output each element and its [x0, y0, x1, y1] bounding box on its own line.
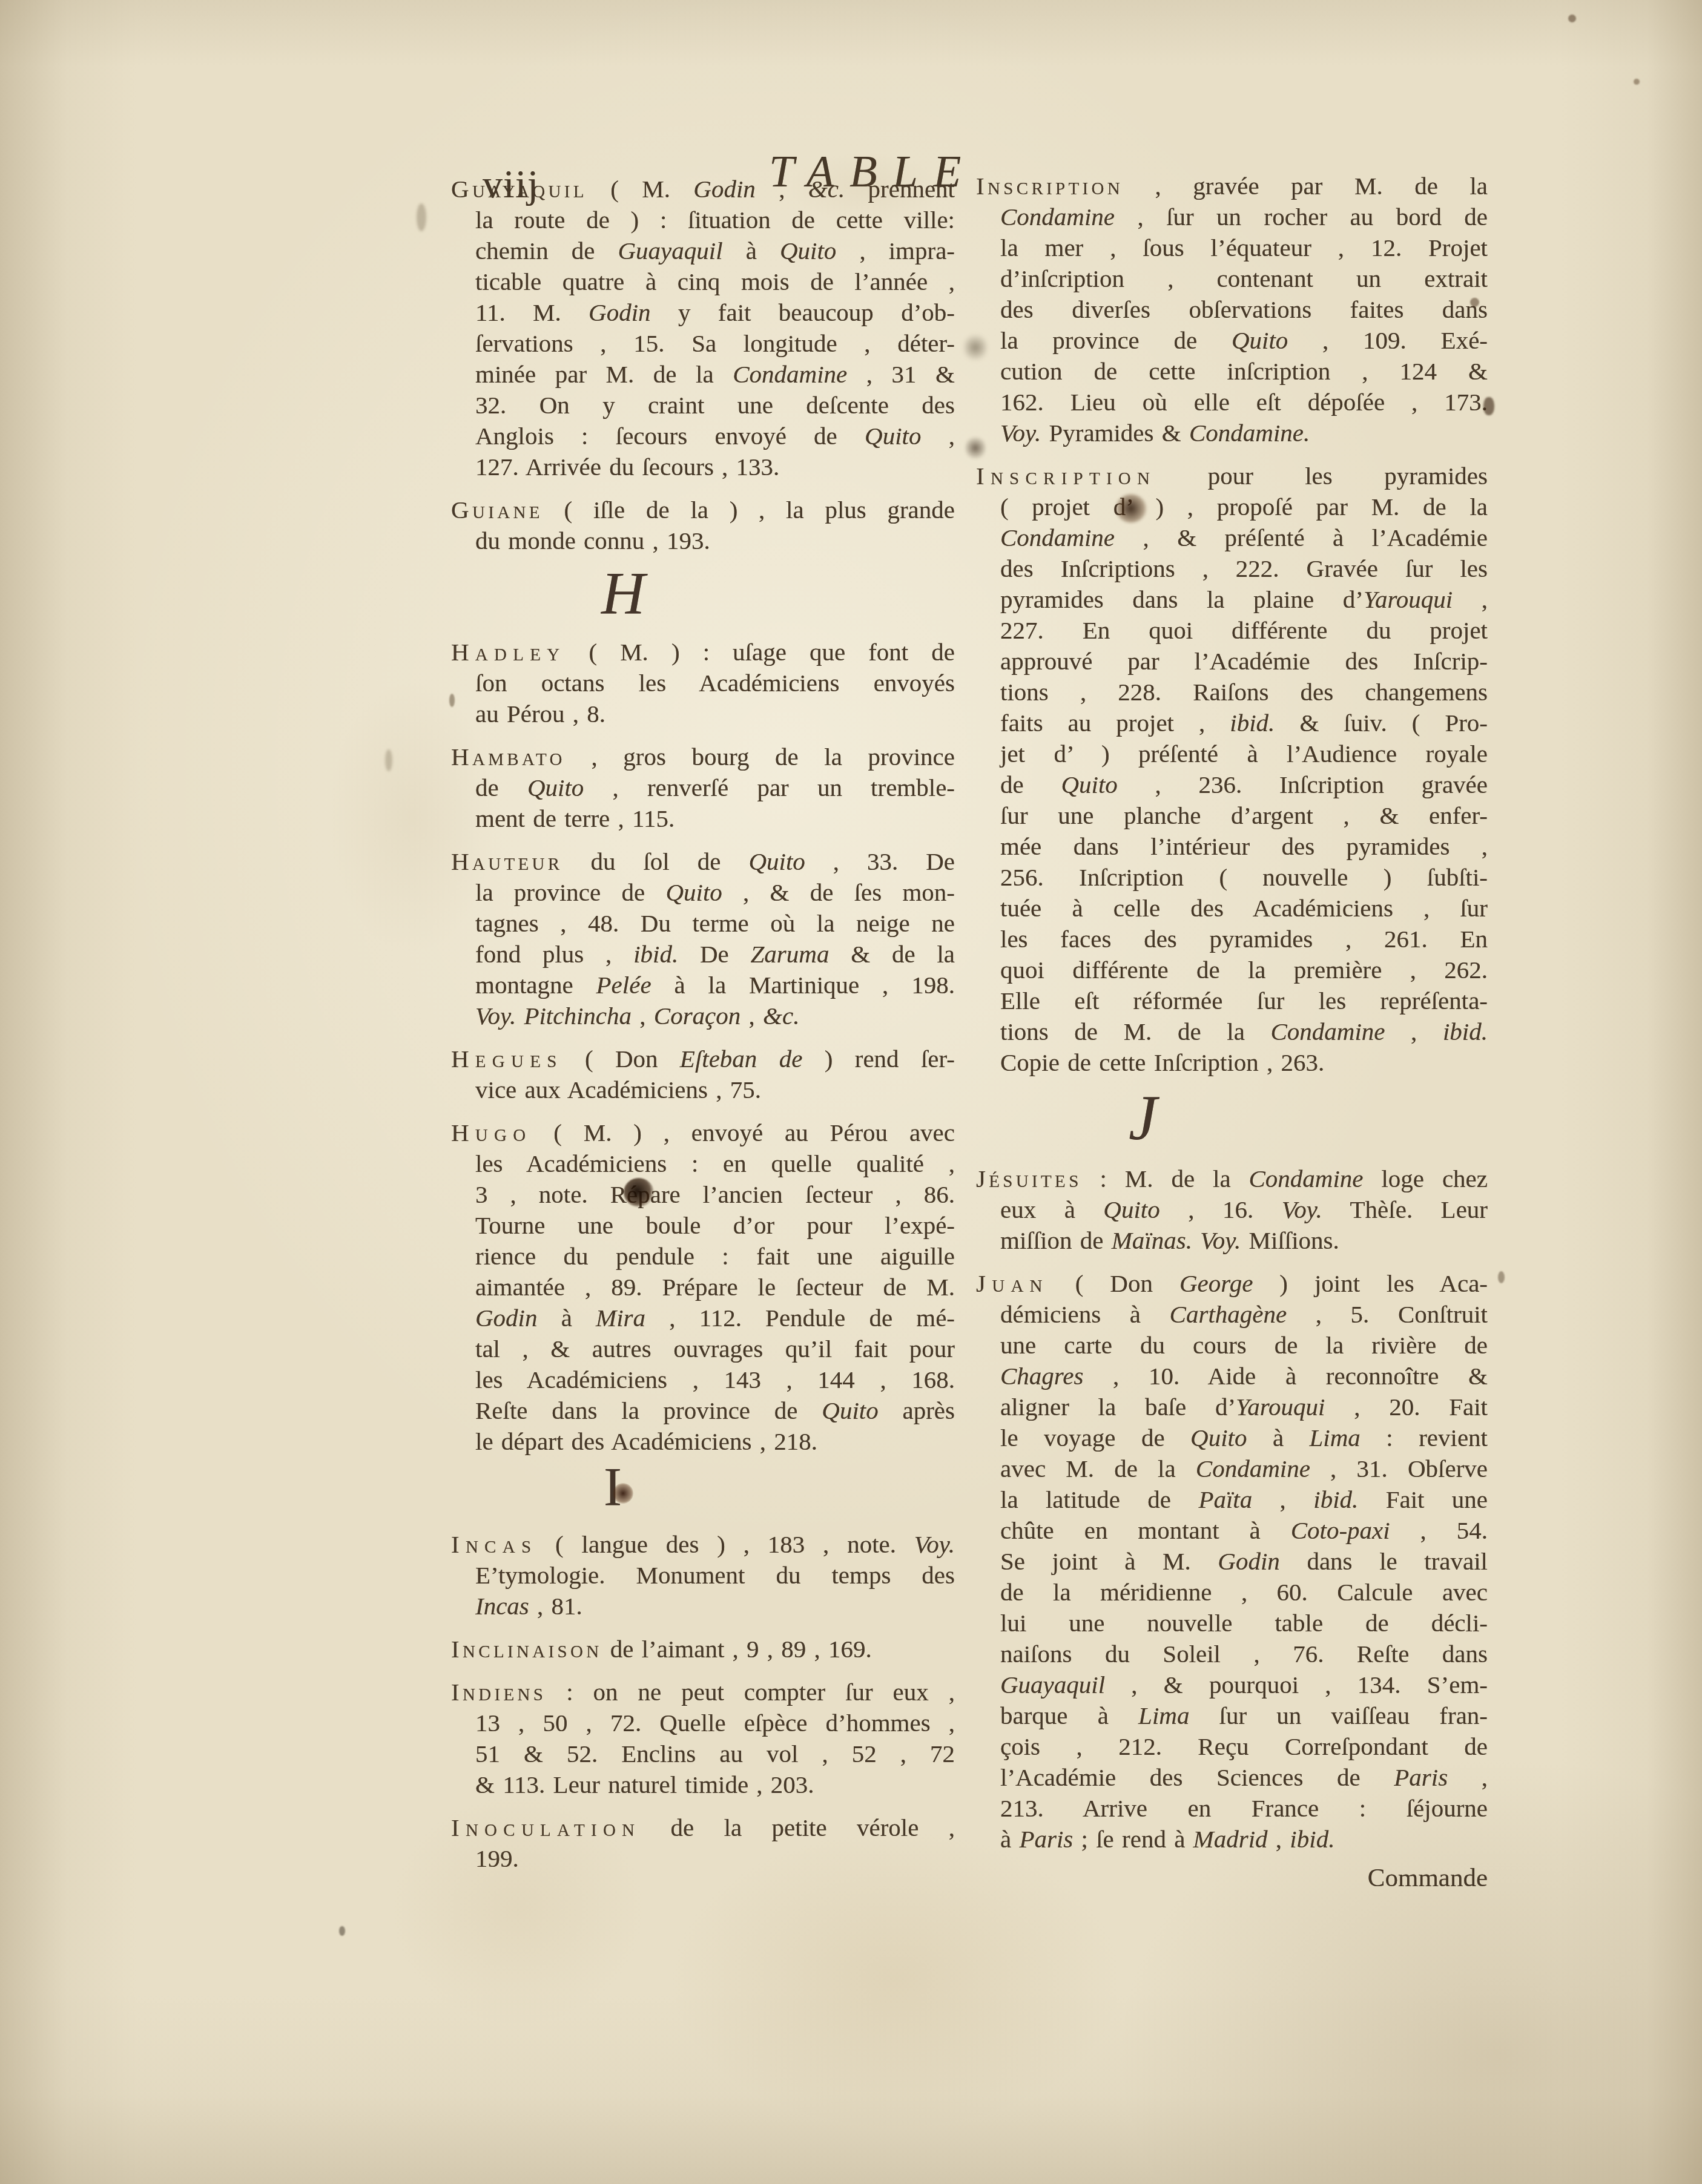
body-text: la province de: [1000, 326, 1232, 354]
italic-text: Coto-paxi: [1291, 1516, 1390, 1544]
italic-text: Carthagène: [1170, 1300, 1287, 1328]
index-line: Guiane ( iſle de la ) , la plus grande: [451, 495, 955, 525]
body-text: Tourne une boule d’or pour l’expé-: [475, 1211, 955, 1239]
index-line: tal , & autres ouvrages qu’il fait pour: [451, 1334, 955, 1364]
index-line: Incas ( langue des ) , 183 , note. Voy.: [451, 1529, 955, 1560]
body-text: , & pourquoi , 134. S’em-: [1105, 1671, 1488, 1699]
body-text: ,: [756, 175, 808, 203]
body-text: , 81.: [529, 1592, 582, 1620]
index-line: vice aux Académiciens , 75.: [451, 1074, 955, 1105]
italic-text: Pelée: [596, 971, 651, 999]
italic-text: ibid.: [1443, 1018, 1488, 1045]
body-text: Pyramides &: [1041, 419, 1189, 447]
body-text: vice aux Académiciens , 75.: [475, 1076, 761, 1104]
body-text: la route de ) : ſituation de cette ville…: [475, 206, 955, 234]
index-line: ment de terre , 115.: [451, 803, 955, 834]
italic-text: Eſteban de: [680, 1045, 803, 1073]
body-text: lui une nouvelle table de décli-: [1000, 1609, 1488, 1637]
body-text: : revient: [1361, 1424, 1488, 1452]
italic-text: Yarouqui: [1364, 585, 1453, 613]
body-text: Anglois : ſecours envoyé de: [475, 422, 865, 450]
body-text: la province de: [475, 878, 665, 906]
ink-speck: [339, 1926, 345, 1936]
body-text: 32. On y craint une deſcente des: [475, 391, 955, 419]
italic-text: ibid.: [1313, 1485, 1358, 1513]
ink-speck: [1498, 1271, 1505, 1283]
section-letter-H: H: [451, 561, 955, 625]
index-line: tions , 228. Raiſons des changemens: [976, 677, 1488, 708]
italic-text: Condamine: [733, 360, 847, 388]
index-entry: Hegues ( Don Eſteban de ) rend ſer-vice …: [451, 1044, 955, 1105]
body-text: naiſons du Soleil , 76. Reſte dans: [1000, 1640, 1488, 1668]
index-line: démiciens à Carthagène , 5. Conſtruit: [976, 1299, 1488, 1330]
entry-headword: Inclinaison: [451, 1635, 602, 1663]
index-entry: Inscription pour les pyramides( projet d…: [976, 461, 1488, 1078]
body-text: ) joint les Aca-: [1253, 1269, 1488, 1297]
italic-text: Condamine: [1196, 1455, 1310, 1482]
index-line: eux à Quito , 16. Voy. Thèſe. Leur: [976, 1194, 1488, 1225]
italic-text: Quito: [1103, 1196, 1159, 1223]
body-text: la latitude de: [1000, 1485, 1198, 1513]
index-line: naiſons du Soleil , 76. Reſte dans: [976, 1639, 1488, 1669]
body-text: De: [678, 940, 750, 968]
body-text: ( Don: [1049, 1269, 1179, 1297]
body-text: pyramides dans la plaine d’: [1000, 585, 1364, 613]
body-text: les Académiciens , 143 , 144 , 168.: [475, 1366, 955, 1393]
italic-text: Condamine: [1000, 524, 1115, 551]
entry-headword: Hegues: [451, 1045, 563, 1073]
body-text: de la méridienne , 60. Calcule avec: [1000, 1578, 1488, 1606]
body-text: ,: [1448, 1763, 1488, 1791]
body-text: , & préſenté à l’Académie: [1115, 524, 1488, 551]
body-text: , gros bourg de la province: [566, 743, 955, 771]
body-text: ,: [741, 1002, 763, 1030]
index-line: pyramides dans la plaine d’Yarouqui ,: [976, 584, 1488, 615]
body-text: : M. de la: [1082, 1165, 1249, 1192]
italic-text: Voy.: [1200, 1226, 1241, 1254]
body-text: ment de terre , 115.: [475, 804, 675, 832]
scanned-book-page: { "colors":{"paper":"#e8dfc7","ink":"#46…: [0, 0, 1702, 2184]
body-text: de l’aimant , 9 , 89 , 169.: [602, 1635, 872, 1663]
body-text: ſon octans les Académiciens envoyés: [475, 669, 955, 697]
body-text: 199.: [475, 1844, 519, 1872]
body-text: du monde connu , 193.: [475, 527, 710, 554]
body-text: après: [879, 1396, 955, 1424]
italic-text: Coraçon: [654, 1002, 741, 1030]
body-text: démiciens à: [1000, 1300, 1170, 1328]
index-entry: Hadley ( M. ) : uſage que font deſon oct…: [451, 637, 955, 729]
body-text: Elle eſt réformée ſur les repréſenta-: [1000, 987, 1488, 1015]
body-text: , 54.: [1390, 1516, 1488, 1544]
italic-text: Quito: [1232, 326, 1288, 354]
italic-text: Quito: [865, 422, 921, 450]
italic-text: Godin: [693, 175, 756, 203]
italic-text: Voy. Pitchincha: [475, 1002, 632, 1030]
index-line: Voy. Pyramides & Condamine.: [976, 418, 1488, 449]
index-line: Inoculation de la petite vérole ,: [451, 1812, 955, 1843]
index-line: la route de ) : ſituation de cette ville…: [451, 205, 955, 235]
index-line: minée par M. de la Condamine , 31 &: [451, 359, 955, 390]
index-line: & 113. Leur naturel timide , 203.: [451, 1769, 955, 1800]
entry-headword: Guiane: [451, 496, 543, 524]
italic-text: Voy.: [1000, 419, 1041, 447]
body-text: rience du pendule : fait une aiguille: [475, 1242, 955, 1270]
index-line: ticable quatre à cinq mois de l’année ,: [451, 266, 955, 297]
section-letter-J: J: [976, 1084, 1488, 1151]
italic-text: Condamine: [1270, 1018, 1385, 1045]
body-text: du ſol de: [563, 847, 749, 875]
italic-text: ibid.: [1230, 709, 1275, 737]
body-text: tagnes , 48. Du terme où la neige ne: [475, 909, 955, 937]
body-text: une carte du cours de la rivière de: [1000, 1331, 1488, 1359]
body-text: , gravée par M. de la: [1123, 172, 1488, 200]
body-text: , 31. Obſerve: [1310, 1455, 1488, 1482]
index-line: des Inſcriptions , 222. Gravée ſur les: [976, 553, 1488, 584]
index-line: Guayaquil ( M. Godin , &c. prennent: [451, 174, 955, 205]
index-line: 13 , 50 , 72. Quelle eſpèce d’hommes ,: [451, 1708, 955, 1738]
index-line: la latitude de Païta , ibid. Fait une: [976, 1484, 1488, 1515]
index-line: Hadley ( M. ) : uſage que font de: [451, 637, 955, 668]
body-text: à: [1247, 1424, 1309, 1452]
index-line: de Quito , renverſé par un tremble-: [451, 772, 955, 803]
body-text: de la petite vérole ,: [641, 1814, 955, 1841]
index-line: de la méridienne , 60. Calcule avec: [976, 1577, 1488, 1608]
ink-speck: [1568, 15, 1576, 22]
body-text: miſſion de: [1000, 1226, 1112, 1254]
body-text: tions de M. de la: [1000, 1018, 1270, 1045]
index-line: faits au projet , ibid. & ſuiv. ( Pro-: [976, 708, 1488, 738]
body-text: aimantée , 89. Prépare le ſecteur de M.: [475, 1273, 955, 1301]
body-text: 51 & 52. Enclins au vol , 52 , 72: [475, 1740, 955, 1768]
margin-smudge: [385, 749, 392, 771]
body-text: jet d’ ) préſenté à l’Audience royale: [1000, 740, 1488, 768]
index-line: au Pérou , 8.: [451, 699, 955, 729]
index-line: 256. Inſcription ( nouvelle ) ſubſti-: [976, 862, 1488, 893]
index-line: Reſte dans la province de Quito après: [451, 1395, 955, 1426]
index-line: 3 , note. Répare l’ancien ſecteur , 86.: [451, 1179, 955, 1210]
body-text: mée dans l’intérieur des pyramides ,: [1000, 832, 1488, 860]
index-line: les Académiciens : en quelle qualité ,: [451, 1148, 955, 1179]
index-line: Inscription pour les pyramides: [976, 461, 1488, 492]
entry-headword: Indiens: [451, 1678, 546, 1706]
italic-text: Lima: [1138, 1702, 1189, 1729]
index-line: Indiens : on ne peut compter ſur eux ,: [451, 1677, 955, 1708]
body-text: 127. Arrivée du ſecours , 133.: [475, 453, 779, 481]
body-text: à la Martinique , 198.: [651, 971, 955, 999]
body-text: y fait beaucoup d’ob-: [651, 298, 955, 326]
index-line: d’inſcription , contenant un extrait: [976, 263, 1488, 294]
body-text: , renverſé par un tremble-: [584, 774, 955, 801]
body-text: le voyage de: [1000, 1424, 1190, 1452]
italic-text: Voy.: [914, 1530, 955, 1558]
entry-headword: Guayaquil: [451, 175, 587, 203]
body-text: [1192, 1226, 1200, 1254]
italic-text: Chagres: [1000, 1362, 1083, 1390]
entry-headword: Inscription: [976, 462, 1156, 490]
body-text: d’inſcription , contenant un extrait: [1000, 265, 1488, 292]
body-text: , 16.: [1160, 1196, 1282, 1223]
entry-headword: Hadley: [451, 638, 566, 666]
body-text: la mer , ſous l’équateur , 12. Projet: [1000, 234, 1488, 261]
body-text: loge chez: [1364, 1165, 1488, 1192]
body-text: , 31 &: [847, 360, 955, 388]
page-background: viij TABLE Guayaquil ( M. Godin , &c. pr…: [0, 0, 1702, 2184]
index-line: barque à Lima ſur un vaiſſeau fran-: [976, 1700, 1488, 1731]
body-text: , impra-: [836, 237, 955, 265]
italic-text: Maïnas.: [1112, 1226, 1192, 1254]
body-text: au Pérou , 8.: [475, 700, 605, 728]
index-line: 11. M. Godin y fait beaucoup d’ob-: [451, 297, 955, 328]
body-text: , 5. Conſtruit: [1287, 1300, 1488, 1328]
body-text: çois , 212. Reçu Correſpondant de: [1000, 1732, 1488, 1760]
index-line: le départ des Académiciens , 218.: [451, 1426, 955, 1457]
index-entry: Guiane ( iſle de la ) , la plus grandedu…: [451, 495, 955, 556]
index-line: Guayaquil , & pourquoi , 134. S’em-: [976, 1669, 1488, 1700]
italic-text: Quito: [527, 774, 584, 801]
index-line: 199.: [451, 1843, 955, 1874]
entry-headword: Hauteur: [451, 847, 563, 875]
body-text: ticable quatre à cinq mois de l’année ,: [475, 268, 955, 295]
index-line: aimantée , 89. Prépare le ſecteur de M.: [451, 1272, 955, 1303]
italic-text: Voy.: [1282, 1196, 1322, 1223]
index-entry: Indiens : on ne peut compter ſur eux ,13…: [451, 1677, 955, 1800]
body-text: barque à: [1000, 1702, 1138, 1729]
index-line: Voy. Pitchincha , Coraçon , &c.: [451, 1001, 955, 1031]
entry-headword: Jésuites: [976, 1165, 1082, 1192]
index-line: ſon octans les Académiciens envoyés: [451, 668, 955, 699]
body-text: eux à: [1000, 1196, 1103, 1223]
index-entry: Jésuites : M. de la Condamine loge cheze…: [976, 1163, 1488, 1256]
italic-text: Quito: [822, 1396, 878, 1424]
index-entry: Guayaquil ( M. Godin , &c. prennentla ro…: [451, 174, 955, 482]
index-line: Hambato , gros bourg de la province: [451, 742, 955, 772]
body-text: ( projet d’ ) , propoſé par M. de la: [1000, 493, 1488, 521]
body-text: des Inſcriptions , 222. Gravée ſur les: [1000, 554, 1488, 582]
index-line: miſſion de Maïnas. Voy. Miſſions.: [976, 1225, 1488, 1256]
body-text: les Académiciens : en quelle qualité ,: [475, 1150, 955, 1177]
italic-text: &c.: [763, 1002, 799, 1030]
index-line: Incas , 81.: [451, 1591, 955, 1622]
index-line: Inscription , gravée par M. de la: [976, 171, 1488, 202]
body-text: ſervations , 15. Sa longitude , déter-: [475, 329, 955, 357]
italic-text: Quito: [748, 847, 805, 875]
index-line: des diverſes obſervations faites dans: [976, 294, 1488, 325]
index-line: Tourne une boule d’or pour l’expé-: [451, 1210, 955, 1241]
index-line: 227. En quoi différente du projet: [976, 615, 1488, 646]
index-entry: Hugo ( M. ) , envoyé au Pérou avecles Ac…: [451, 1117, 955, 1457]
italic-text: Paris: [1394, 1763, 1448, 1791]
index-column-left: Guayaquil ( M. Godin , &c. prennentla ro…: [451, 174, 955, 1874]
index-column-right: Inscription , gravée par M. de laCondami…: [976, 171, 1488, 1855]
index-line: Anglois : ſecours envoyé de Quito ,: [451, 421, 955, 452]
index-entry: Hauteur du ſol de Quito , 33. Dela provi…: [451, 846, 955, 1031]
index-line: cution de cette inſcription , 124 &: [976, 356, 1488, 387]
entry-headword: Incas: [451, 1530, 537, 1558]
index-line: à Paris ; ſe rend à Madrid , ibid.: [976, 1824, 1488, 1855]
body-text: & 113. Leur naturel timide , 203.: [475, 1771, 814, 1798]
body-text: ,: [1268, 1825, 1290, 1853]
body-text: ; ſe rend à: [1073, 1825, 1193, 1853]
index-line: Inclinaison de l’aimant , 9 , 89 , 169.: [451, 1634, 955, 1665]
body-text: , ſur un rocher au bord de: [1115, 203, 1488, 231]
italic-text: Lima: [1310, 1424, 1361, 1452]
index-line: rience du pendule : fait une aiguille: [451, 1241, 955, 1272]
index-line: la province de Quito , & de ſes mon-: [451, 877, 955, 908]
body-text: ( M. ) , envoyé au Pérou avec: [532, 1119, 955, 1146]
body-text: à: [1000, 1825, 1019, 1853]
body-text: ( langue des ) , 183 , note.: [537, 1530, 914, 1558]
body-text: ( Don: [563, 1045, 680, 1073]
index-line: fond plus , ibid. De Zaruma & de la: [451, 939, 955, 970]
italic-text: Guayaquil: [618, 237, 723, 265]
index-line: de Quito , 236. Inſcription gravée: [976, 769, 1488, 800]
body-text: de: [475, 774, 527, 801]
body-text: ſur un vaiſſeau fran-: [1189, 1702, 1488, 1729]
index-line: 213. Arrive en France : ſéjourne: [976, 1793, 1488, 1824]
index-line: Hauteur du ſol de Quito , 33. De: [451, 846, 955, 877]
index-entry: Inoculation de la petite vérole ,199.: [451, 1812, 955, 1874]
index-line: tagnes , 48. Du terme où la neige ne: [451, 908, 955, 939]
body-text: de: [1000, 771, 1061, 798]
body-text: ,: [1385, 1018, 1443, 1045]
body-text: l’Académie des Sciences de: [1000, 1763, 1394, 1791]
index-line: Hugo ( M. ) , envoyé au Pérou avec: [451, 1117, 955, 1148]
index-line: la province de Quito , 109. Exé-: [976, 325, 1488, 356]
body-text: minée par M. de la: [475, 360, 733, 388]
body-text: tuée à celle des Académiciens , ſur: [1000, 894, 1488, 922]
body-text: , 33. De: [805, 847, 955, 875]
body-text: chemin de: [475, 237, 618, 265]
section-letter-I: I: [451, 1459, 955, 1517]
margin-smudge: [417, 203, 426, 231]
body-text: & de la: [829, 940, 955, 968]
index-line: quoi différente de la première , 262.: [976, 955, 1488, 985]
body-text: à: [538, 1304, 596, 1332]
italic-text: ibid.: [1290, 1825, 1334, 1853]
body-text: quoi différente de la première , 262.: [1000, 956, 1488, 984]
index-line: ſervations , 15. Sa longitude , déter-: [451, 328, 955, 359]
index-line: Juan ( Don George ) joint les Aca-: [976, 1268, 1488, 1299]
italic-text: Godin: [589, 298, 651, 326]
index-line: Elle eſt réformée ſur les repréſenta-: [976, 985, 1488, 1016]
body-text: : on ne peut compter ſur eux ,: [546, 1678, 955, 1706]
body-text: E’tymologie. Monument du temps des: [475, 1561, 955, 1589]
index-line: chûte en montant à Coto-paxi , 54.: [976, 1515, 1488, 1546]
italic-text: Quito: [780, 237, 836, 265]
index-line: aligner la baſe d’Yarouqui , 20. Fait: [976, 1392, 1488, 1423]
index-entry: Hambato , gros bourg de la provincede Qu…: [451, 742, 955, 834]
index-line: E’tymologie. Monument du temps des: [451, 1560, 955, 1591]
catchword: Commande: [976, 1863, 1488, 1893]
italic-text: Quito: [665, 878, 722, 906]
body-text: ,: [1252, 1485, 1313, 1513]
index-line: Godin à Mira , 112. Pendule de mé-: [451, 1303, 955, 1334]
entry-headword: Inscription: [976, 172, 1123, 200]
index-line: approuvé par l’Académie des Inſcrip-: [976, 646, 1488, 677]
body-text: 11. M.: [475, 298, 589, 326]
italic-text: Godin: [1218, 1547, 1280, 1575]
italic-text: Mira: [596, 1304, 645, 1332]
body-text: ( M. ) : uſage que font de: [566, 638, 955, 666]
index-line: mée dans l’intérieur des pyramides ,: [976, 831, 1488, 862]
index-line: çois , 212. Reçu Correſpondant de: [976, 1731, 1488, 1762]
ink-speck: [1634, 79, 1640, 85]
entry-headword: Hugo: [451, 1119, 532, 1146]
body-text: chûte en montant à: [1000, 1516, 1291, 1544]
body-text: aligner la baſe d’: [1000, 1393, 1236, 1421]
index-line: Copie de cette Inſcription , 263.: [976, 1047, 1488, 1078]
index-line: tions de M. de la Condamine , ibid.: [976, 1016, 1488, 1047]
index-line: chemin de Guayaquil à Quito , impra-: [451, 235, 955, 266]
body-text: Fait une: [1358, 1485, 1488, 1513]
body-text: ( M.: [587, 175, 694, 203]
italic-text: Zaruma: [751, 940, 830, 968]
index-line: du monde connu , 193.: [451, 525, 955, 556]
index-line: 162. Lieu où elle eſt dépoſée , 173.: [976, 387, 1488, 418]
italic-text: Condamine: [1248, 1165, 1363, 1192]
index-line: ſur une planche d’argent , & enfer-: [976, 800, 1488, 831]
body-text: ,: [632, 1002, 654, 1030]
body-text: tions , 228. Raiſons des changemens: [1000, 678, 1488, 706]
body-text: , 10. Aide à reconnoître &: [1083, 1362, 1488, 1390]
index-entry: Incas ( langue des ) , 183 , note. Voy.E…: [451, 1529, 955, 1622]
body-text: à: [723, 237, 780, 265]
index-line: Se joint à M. Godin dans le travail: [976, 1546, 1488, 1577]
body-text: Thèſe. Leur: [1322, 1196, 1488, 1223]
index-line: les faces des pyramides , 261. En: [976, 924, 1488, 955]
body-text: avec M. de la: [1000, 1455, 1196, 1482]
italic-text: Condamine: [1000, 203, 1115, 231]
body-text: ( iſle de la ) , la plus grande: [543, 496, 955, 524]
index-line: une carte du cours de la rivière de: [976, 1330, 1488, 1361]
body-text: Copie de cette Inſcription , 263.: [1000, 1048, 1324, 1076]
italic-text: Yarouqui: [1236, 1393, 1325, 1421]
body-text: 13 , 50 , 72. Quelle eſpèce d’hommes ,: [475, 1709, 955, 1737]
italic-text: ibid.: [633, 940, 678, 968]
body-text: , 109. Exé-: [1288, 326, 1488, 354]
italic-text: Païta: [1198, 1485, 1252, 1513]
index-line: 32. On y craint une deſcente des: [451, 390, 955, 421]
index-line: Hegues ( Don Eſteban de ) rend ſer-: [451, 1044, 955, 1074]
italic-text: Madrid: [1193, 1825, 1268, 1853]
index-line: montagne Pelée à la Martinique , 198.: [451, 970, 955, 1001]
index-line: Jésuites : M. de la Condamine loge chez: [976, 1163, 1488, 1194]
body-text: ) rend ſer-: [802, 1045, 955, 1073]
body-text: tal , & autres ouvrages qu’il fait pour: [475, 1335, 955, 1363]
body-text: ſur une planche d’argent , & enfer-: [1000, 801, 1488, 829]
body-text: approuvé par l’Académie des Inſcrip-: [1000, 647, 1488, 675]
body-text: pour les pyramides: [1156, 462, 1488, 490]
body-text: , 112. Pendule de mé-: [645, 1304, 955, 1332]
body-text: , 236. Inſcription gravée: [1118, 771, 1488, 798]
index-entry: Inclinaison de l’aimant , 9 , 89 , 169.: [451, 1634, 955, 1665]
italic-text: George: [1179, 1269, 1253, 1297]
body-text: 213. Arrive en France : ſéjourne: [1000, 1794, 1488, 1822]
italic-text: &c.: [808, 175, 845, 203]
italic-text: Quito: [1190, 1424, 1247, 1452]
body-text: prennent: [845, 175, 955, 203]
italic-text: Godin: [475, 1304, 538, 1332]
body-text: ,: [1453, 585, 1488, 613]
entry-headword: Inoculation: [451, 1814, 641, 1841]
index-line: lui une nouvelle table de décli-: [976, 1608, 1488, 1639]
index-entry: Juan ( Don George ) joint les Aca-démici…: [976, 1268, 1488, 1855]
body-text: , 20. Fait: [1325, 1393, 1488, 1421]
entry-headword: Juan: [976, 1269, 1049, 1297]
body-text: 256. Inſcription ( nouvelle ) ſubſti-: [1000, 863, 1488, 891]
body-text: cution de cette inſcription , 124 &: [1000, 357, 1488, 385]
index-line: Condamine , ſur un rocher au bord de: [976, 202, 1488, 232]
